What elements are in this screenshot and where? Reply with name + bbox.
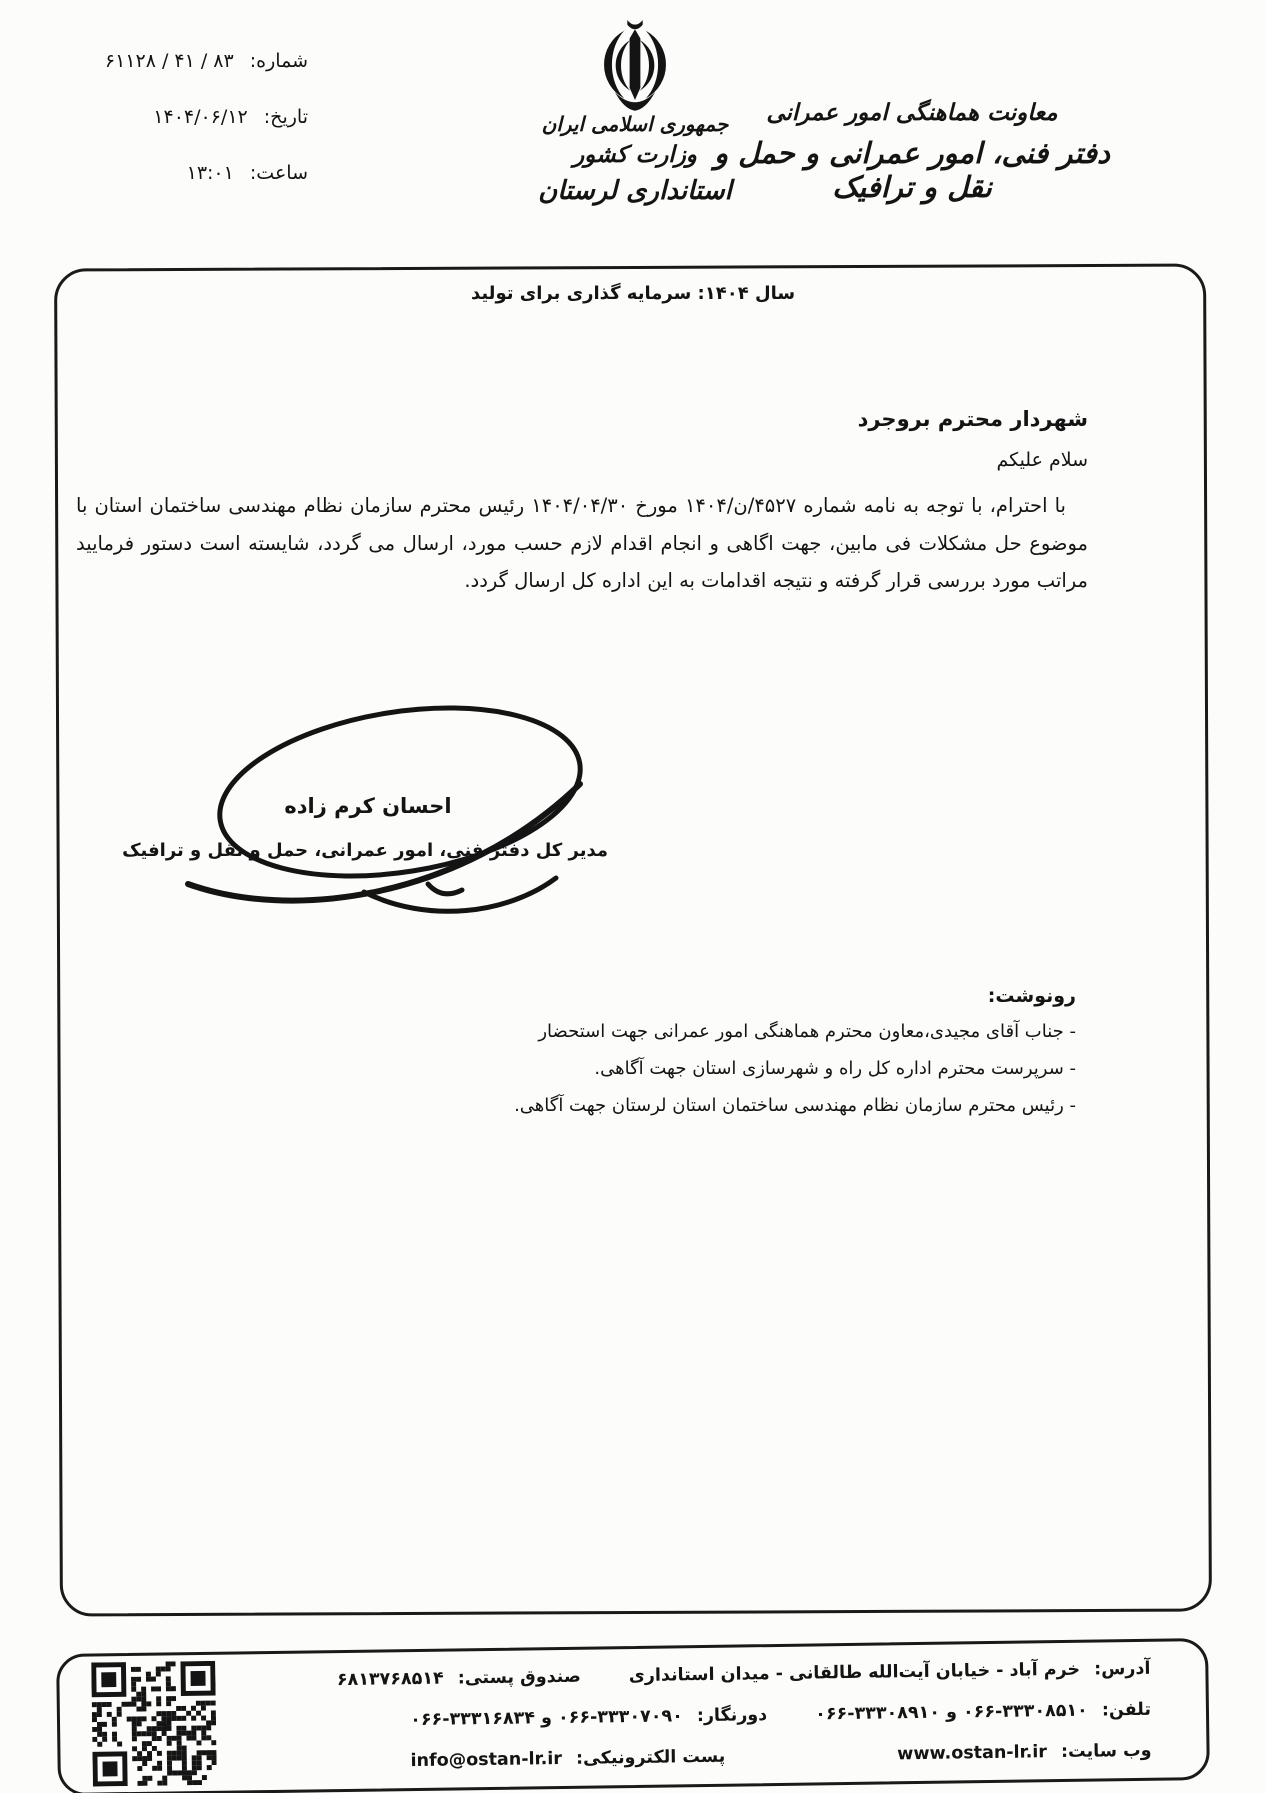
letter-date-label: تاریخ: (264, 106, 308, 128)
letter-number-row: شماره: ۸۳ / ۴۱ / ۶۱۱۲۸ (8, 50, 308, 72)
signer-title: مدیر کل دفتر فنی، امور عمرانی، حمل و نقل… (134, 840, 608, 861)
pobox-label: صندوق پستی: (458, 1666, 581, 1688)
qr-code-icon (91, 1661, 217, 1787)
letter-time-value: ۱۳:۰۱ (187, 162, 234, 184)
email-group: پست الکترونیکی: info@ostan-lr.ir (410, 1746, 725, 1770)
fax-group: دورنگار: ‪۰۶۶-۳۳۳۰۷۰۹۰‬ و ‪۰۶۶-۳۳۳۱۶۸۳۴‬ (410, 1705, 767, 1730)
address-group: آدرس: خرم آباد - خیابان آیت‌الله طالقانی… (629, 1658, 1151, 1685)
email-value: info@ostan-lr.ir (410, 1748, 562, 1770)
org-office: دفتر فنی، امور عمرانی و حمل و نقل و تراف… (690, 136, 1134, 204)
fax-label: دورنگار: (697, 1705, 768, 1726)
address-label: آدرس: (1094, 1658, 1150, 1679)
letter-date-row: تاریخ: ۱۴۰۴/۰۶/۱۲ (8, 106, 308, 128)
pobox-group: صندوق پستی: ۶۸۱۳۷۶۸۵۱۴ (337, 1666, 581, 1689)
letter-body-text: با احترام، با توجه به نامه شماره ۴۵۲۷/ن/… (76, 487, 1088, 600)
letter-meta-block: شماره: ۸۳ / ۴۱ / ۶۱۱۲۸ تاریخ: ۱۴۰۴/۰۶/۱۲… (8, 50, 308, 218)
cc-block: رونوشت: - جناب آقای مجیدی،معاون محترم هم… (176, 985, 1076, 1124)
website-group: وب سایت: www.ostan-lr.ir (897, 1740, 1152, 1764)
phone-group: تلفن: ‪۰۶۶-۳۳۳۰۸۵۱۰‬ و ‪۰۶۶-۳۳۳۰۸۹۱۰‬ (815, 1699, 1151, 1724)
letter-date-value: ۱۴۰۴/۰۶/۱۲ (153, 106, 247, 128)
recipient-line: شهردار محترم بروجرد (858, 407, 1088, 431)
address-value: خرم آباد - خیابان آیت‌الله طالقانی - مید… (629, 1659, 1081, 1685)
cc-label: رونوشت: (176, 985, 1076, 1007)
fax-value: ‪۰۶۶-۳۳۳۰۷۰۹۰‬ و ‪۰۶۶-۳۳۳۱۶۸۳۴‬ (410, 1706, 683, 1730)
scanned-letter-page: شماره: ۸۳ / ۴۱ / ۶۱۱۲۸ تاریخ: ۱۴۰۴/۰۶/۱۲… (0, 0, 1266, 1793)
phone-value: ‪۰۶۶-۳۳۳۰۸۵۱۰‬ و ‪۰۶۶-۳۳۳۰۸۹۱۰‬ (815, 1700, 1088, 1724)
org-right-block: معاونت هماهنگی امور عمرانی دفتر فنی، امو… (690, 100, 1134, 204)
letter-time-label: ساعت: (250, 162, 308, 184)
cc-item: - سرپرست محترم اداره کل راه و شهرسازی اس… (176, 1050, 1076, 1087)
website-value: www.ostan-lr.ir (897, 1742, 1047, 1764)
pobox-value: ۶۸۱۳۷۶۸۵۱۴ (337, 1668, 444, 1689)
footer-frame: آدرس: خرم آباد - خیابان آیت‌الله طالقانی… (56, 1638, 1210, 1793)
signature-block: احسان کرم زاده مدیر کل دفتر فنی، امور عم… (128, 688, 628, 923)
website-label: وب سایت: (1061, 1740, 1152, 1761)
letter-number-value: ۸۳ / ۴۱ / ۶۱۱۲۸ (105, 50, 234, 72)
cc-item: - جناب آقای مجیدی،معاون محترم هماهنگی ام… (176, 1013, 1076, 1050)
iran-emblem-icon (596, 20, 674, 120)
letter-number-label: شماره: (250, 50, 308, 72)
letter-time-row: ساعت: ۱۳:۰۱ (8, 162, 308, 184)
email-label: پست الکترونیکی: (576, 1746, 726, 1768)
salutation-line: سلام علیکم (996, 449, 1088, 471)
org-deputy: معاونت هماهنگی امور عمرانی (690, 100, 1134, 126)
signer-name: احسان کرم زاده (198, 794, 538, 818)
year-slogan: سال ۱۴۰۴: سرمایه گذاری برای تولید (0, 283, 1266, 304)
footer-lines: آدرس: خرم آباد - خیابان آیت‌الله طالقانی… (259, 1648, 1152, 1783)
phone-label: تلفن: (1102, 1699, 1151, 1720)
cc-item: - رئیس محترم سازمان نظام مهندسی ساختمان … (176, 1087, 1076, 1124)
